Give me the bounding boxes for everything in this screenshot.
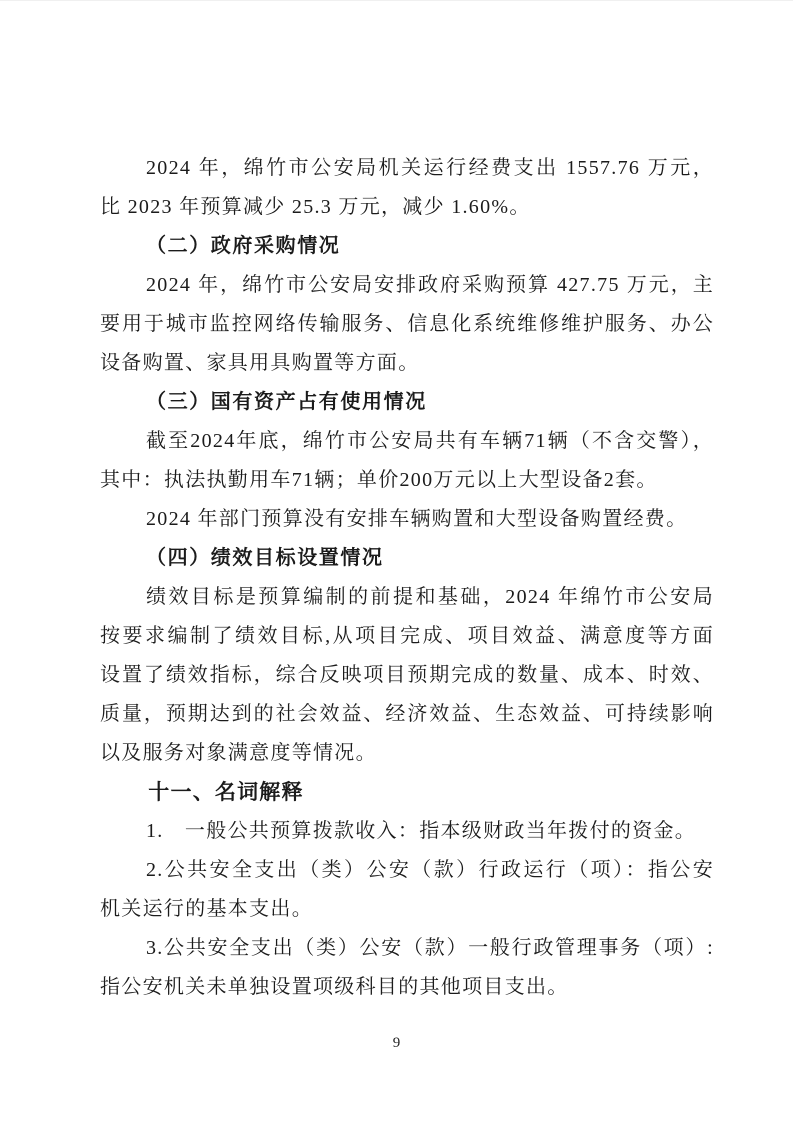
paragraph-no-purchase-budget-line-1: 2024 年部门预算没有安排车辆购置和大型设备购置经费。 [100, 500, 714, 539]
heading-performance-targets: （四）绩效目标设置情况 [100, 539, 714, 578]
paragraph-performance-targets-line-3: 设置了绩效指标，综合反映项目预期完成的数量、成本、时效、 [100, 656, 714, 695]
heading-state-assets: （三）国有资产占有使用情况 [100, 383, 714, 422]
paragraph-government-procurement-line-2: 要用于城市监控网络传输服务、信息化系统维修维护服务、办公 [100, 305, 714, 344]
paragraph-government-procurement: 2024 年，绵竹市公安局安排政府采购预算 427.75 万元，主要用于城市监控… [100, 266, 714, 383]
glossary-term-2-line-2: 机关运行的基本支出。 [100, 890, 714, 929]
paragraph-performance-targets-line-4: 质量，预期达到的社会效益、经济效益、生态效益、可持续影响 [100, 695, 714, 734]
glossary-term-1-line-1: 1. 一般公共预算拨款收入：指本级财政当年拨付的资金。 [100, 812, 714, 851]
document-page: 2024 年，绵竹市公安局机关运行经费支出 1557.76 万元，比 2023 … [0, 0, 793, 1122]
heading-glossary: 十一、名词解释 [100, 773, 714, 812]
glossary-term-3: 3.公共安全支出（类）公安（款）一般行政管理事务（项）:指公安机关未单独设置项级… [100, 929, 714, 1007]
paragraph-operating-expense-line-2: 比 2023 年预算减少 25.3 万元，减少 1.60%。 [100, 188, 714, 227]
paragraph-operating-expense: 2024 年，绵竹市公安局机关运行经费支出 1557.76 万元，比 2023 … [100, 149, 714, 227]
heading-glossary-line-1: 十一、名词解释 [100, 773, 714, 812]
paragraph-operating-expense-line-1: 2024 年，绵竹市公安局机关运行经费支出 1557.76 万元， [100, 149, 714, 188]
heading-state-assets-line-1: （三）国有资产占有使用情况 [100, 383, 714, 422]
paragraph-government-procurement-line-1: 2024 年，绵竹市公安局安排政府采购预算 427.75 万元，主 [100, 266, 714, 305]
heading-government-procurement: （二）政府采购情况 [100, 227, 714, 266]
glossary-term-2-line-1: 2.公共安全支出（类）公安（款）行政运行（项）：指公安 [100, 851, 714, 890]
paragraph-state-assets-line-2: 其中：执法执勤用车71辆；单价200万元以上大型设备2套。 [100, 461, 714, 500]
glossary-term-3-line-1: 3.公共安全支出（类）公安（款）一般行政管理事务（项）: [100, 929, 714, 968]
glossary-term-2: 2.公共安全支出（类）公安（款）行政运行（项）：指公安机关运行的基本支出。 [100, 851, 714, 929]
paragraph-state-assets-line-1: 截至2024年底，绵竹市公安局共有车辆71辆（不含交警）， [100, 422, 714, 461]
paragraph-performance-targets-line-1: 绩效目标是预算编制的前提和基础，2024 年绵竹市公安局 [100, 578, 714, 617]
glossary-term-3-line-2: 指公安机关未单独设置项级科目的其他项目支出。 [100, 968, 714, 1007]
heading-performance-targets-line-1: （四）绩效目标设置情况 [100, 539, 714, 578]
document-body: 2024 年，绵竹市公安局机关运行经费支出 1557.76 万元，比 2023 … [100, 149, 714, 1007]
paragraph-government-procurement-line-3: 设备购置、家具用具购置等方面。 [100, 344, 714, 383]
paragraph-performance-targets-line-5: 以及服务对象满意度等情况。 [100, 734, 714, 773]
paragraph-state-assets: 截至2024年底，绵竹市公安局共有车辆71辆（不含交警），其中：执法执勤用车71… [100, 422, 714, 500]
page-number: 9 [0, 1035, 793, 1052]
paragraph-performance-targets: 绩效目标是预算编制的前提和基础，2024 年绵竹市公安局按要求编制了绩效目标,从… [100, 578, 714, 773]
paragraph-no-purchase-budget: 2024 年部门预算没有安排车辆购置和大型设备购置经费。 [100, 500, 714, 539]
heading-government-procurement-line-1: （二）政府采购情况 [100, 227, 714, 266]
glossary-term-1: 1. 一般公共预算拨款收入：指本级财政当年拨付的资金。 [100, 812, 714, 851]
paragraph-performance-targets-line-2: 按要求编制了绩效目标,从项目完成、项目效益、满意度等方面 [100, 617, 714, 656]
